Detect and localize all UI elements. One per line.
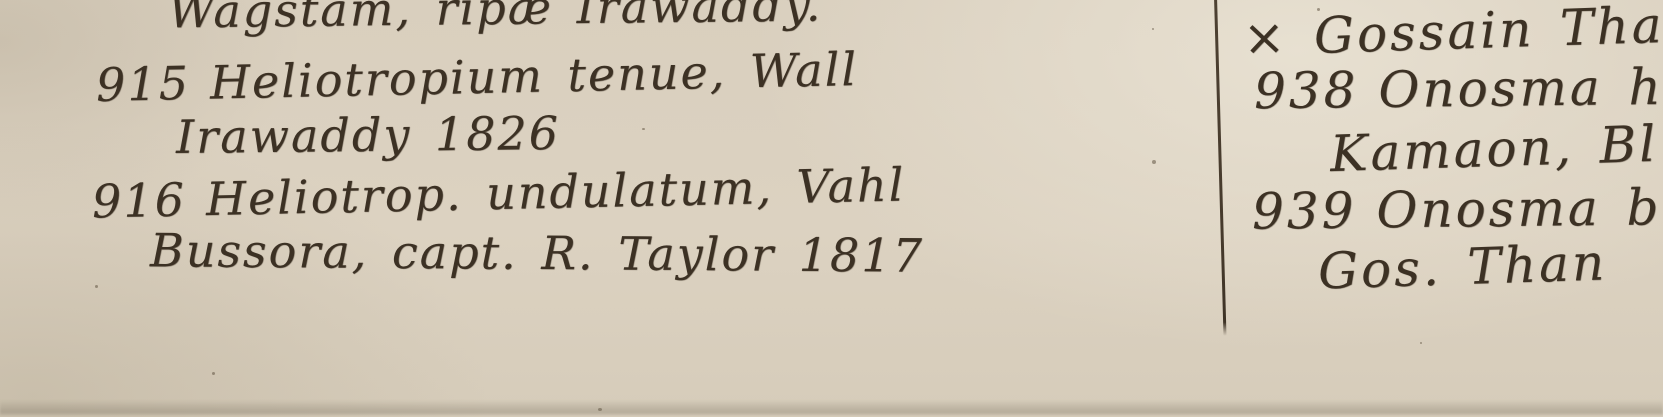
entry-938-line: 938Onosma hi: [1254, 62, 1663, 116]
entry-locality-text: Gos. Than: [1317, 233, 1608, 300]
entry-locality-text: Wagstam, ripæ Irawaddy.: [168, 0, 823, 38]
entry-939-line: 939Onosma bicol: [1252, 181, 1663, 236]
entry-species-text: Onosma hi: [1378, 58, 1663, 119]
entry-species-text: Heliotrop. undulatum, Vahl: [205, 157, 905, 226]
entry-continuation-line: Wagstam, ripæ Irawaddy.: [168, 0, 823, 34]
entry-locality-text: Kamaon, Bl: [1329, 115, 1659, 183]
page-bottom-edge: [0, 400, 1663, 415]
entry-916-line: 916Heliotrop. undulatum, Vahl: [92, 161, 906, 224]
x-mark: ×: [1242, 8, 1289, 67]
entry-939-locality-line: Gos. Than: [1317, 237, 1607, 296]
entry-gossain-than-line: ×Gossain Than: [1242, 0, 1663, 63]
entry-number: 939: [1252, 182, 1357, 241]
paper-speck: [1152, 28, 1154, 30]
entry-915-line: 915Heliotropium tenue, Wall: [96, 46, 859, 108]
entry-locality-text: Bussora, capt. R. Taylor 1817: [150, 223, 924, 282]
entry-916-locality-line: Bussora, capt. R. Taylor 1817: [150, 227, 924, 278]
entry-number: 916: [92, 173, 187, 229]
entry-locality-text: Gossain Than: [1313, 0, 1663, 65]
paper-speck: [1317, 8, 1320, 11]
paper-speck: [642, 128, 645, 130]
entry-locality-text: Irawaddy 1826: [176, 106, 560, 164]
paper-speck: [95, 285, 98, 288]
column-divider-rule: [1214, 0, 1226, 336]
entry-915-locality-line: Irawaddy 1826: [176, 110, 560, 160]
paper-speck: [1152, 160, 1156, 164]
entry-938-locality-line: Kamaon, Bl: [1329, 119, 1659, 179]
entry-number: 915: [96, 56, 191, 112]
entry-species-text: Heliotropium tenue, Wall: [209, 42, 858, 110]
paper-speck: [1420, 342, 1422, 344]
paper-speck: [212, 372, 215, 375]
entry-species-text: Onosma bicol: [1376, 177, 1663, 239]
manuscript-page: Wagstam, ripæ Irawaddy. 915Heliotropium …: [0, 0, 1663, 417]
entry-number: 938: [1254, 61, 1359, 120]
